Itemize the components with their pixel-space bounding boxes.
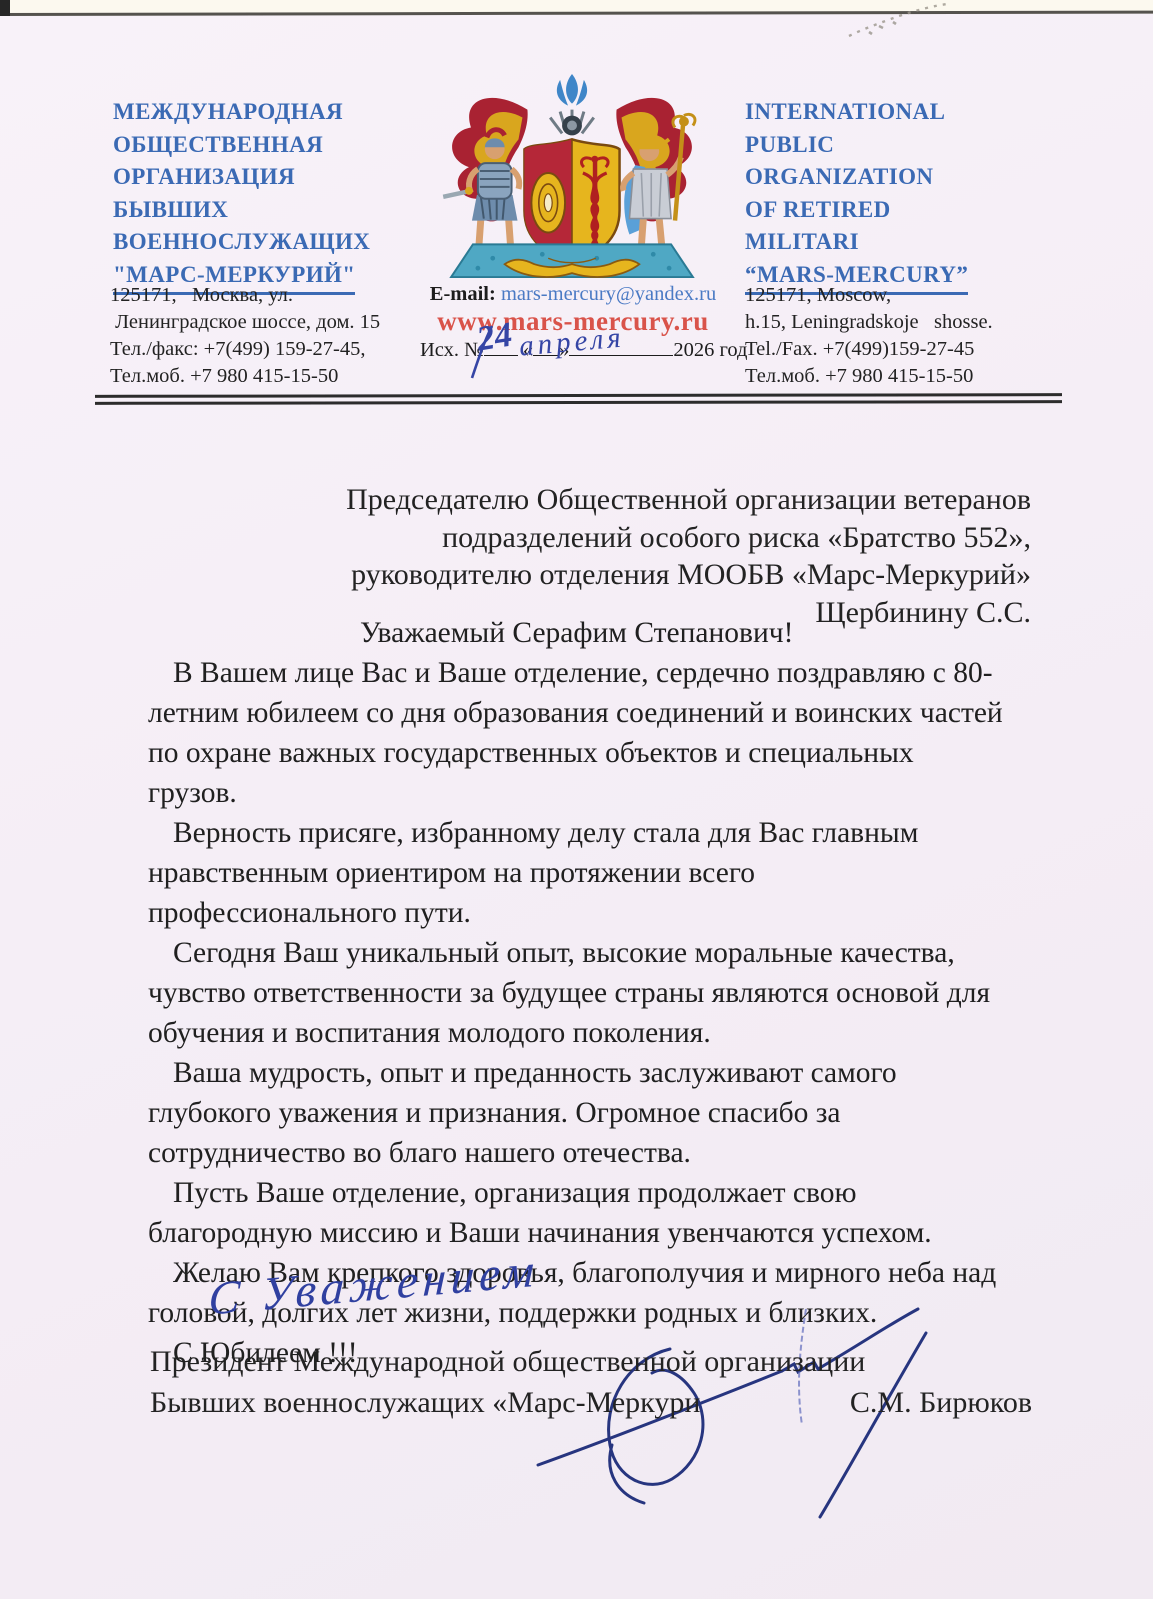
body-line: грузов. (148, 773, 1068, 813)
org-en-lines: INTERNATIONALPUBLICORGANIZATIONOF RETIRE… (745, 96, 1035, 259)
body-line: летним юбилеем со дня образования соедин… (148, 693, 1068, 733)
signature-org-line: Бывших военнослужащих «Марс-Меркури (150, 1382, 700, 1423)
email-label: E-mail: (430, 283, 496, 305)
signatory-name: С.М. Бирюков (850, 1382, 1032, 1423)
scanner-edge-artifact (0, 0, 1153, 16)
body-line: Сегодня Ваш уникальный опыт, высокие мор… (173, 933, 1068, 973)
coat-of-arms-icon (422, 70, 722, 283)
body-line: Ваша мудрость, опыт и преданность заслуж… (173, 1053, 1068, 1093)
email-address: mars-mercury@yandex.ru (501, 283, 716, 305)
body-line: сотрудничество во благо нашего отечества… (148, 1133, 1068, 1173)
org-en-line: MILITARI (745, 226, 1035, 259)
org-ru-line: ОРГАНИЗАЦИЯ (113, 161, 403, 194)
address-ru-line: Тел./факс: +7(499) 159-27-45, (110, 336, 410, 363)
recipient-line: Председателю Общественной организации ве… (271, 481, 1031, 519)
org-en-line: INTERNATIONAL (745, 96, 1035, 129)
org-en-line: ORGANIZATION (745, 161, 1035, 194)
address-en-line: h.15, Leningradskoje shosse. (745, 309, 1045, 336)
body-line: В Вашем лице Вас и Ваше отделение, серде… (173, 653, 1068, 693)
scan-corner-mark (0, 0, 10, 16)
body-line: глубокого уважения и признания. Огромное… (148, 1093, 1068, 1133)
letterhead-org-name-ru: МЕЖДУНАРОДНАЯОБЩЕСТВЕННАЯОРГАНИЗАЦИЯБЫВШ… (113, 96, 403, 295)
recipient-block: Председателю Общественной организации ве… (271, 481, 1031, 631)
body-line: нравственным ориентиром на протяжении вс… (148, 853, 1068, 893)
handwritten-ink-stroke (470, 324, 496, 380)
address-ru-line: Ленинградское шоссе, дом. 15 (110, 309, 410, 336)
address-ru-line: Тел.моб. +7 980 415-15-50 (110, 363, 410, 390)
body-line: Верность присяге, избранному делу стала … (173, 813, 1068, 853)
address-en-line: 125171, Moscow, (745, 282, 1045, 309)
org-en-line: OF RETIRED (745, 194, 1035, 227)
address-en-line: Tel./Fax. +7(499)159-27-45 (745, 336, 1045, 363)
body-line: чувство ответственности за будущее стран… (148, 973, 1068, 1013)
letterhead-address-ru: 125171, Москва, ул. Ленинградское шоссе,… (110, 282, 410, 390)
pencil-scribble-mark (835, 2, 955, 46)
org-en-line: PUBLIC (745, 129, 1035, 162)
org-ru-line: МЕЖДУНАРОДНАЯ (113, 96, 403, 129)
letterhead-address-en: 125171, Moscow,h.15, Leningradskoje shos… (745, 282, 1045, 390)
body-line: обучения и воспитания молодого поколения… (148, 1013, 1068, 1053)
org-ru-line: ОБЩЕСТВЕННАЯ (113, 129, 403, 162)
address-ru-line: 125171, Москва, ул. (110, 282, 410, 309)
org-ru-lines: МЕЖДУНАРОДНАЯОБЩЕСТВЕННАЯОРГАНИЗАЦИЯБЫВШ… (113, 96, 403, 259)
scanned-letter-page: МЕЖДУНАРОДНАЯОБЩЕСТВЕННАЯОРГАНИЗАЦИЯБЫВШ… (0, 0, 1153, 1599)
letterhead-org-name-en: INTERNATIONALPUBLICORGANIZATIONOF RETIRE… (745, 96, 1035, 295)
body-line: Пусть Ваше отделение, организация продол… (173, 1173, 1068, 1213)
letter-body: Уважаемый Серафим Степанович!В Вашем лиц… (148, 613, 1068, 1373)
signature-block: Президент Международной общественной орг… (150, 1341, 1032, 1423)
body-line: профессионального пути. (148, 893, 1068, 933)
org-ru-line: ВОЕННОСЛУЖАЩИХ (113, 226, 403, 259)
org-ru-line: БЫВШИХ (113, 194, 403, 227)
ref-suffix: 2026 год (673, 339, 747, 361)
body-line: благородную миссию и Ваши начинания увен… (148, 1213, 1068, 1253)
address-en-line: Тел.моб. +7 980 415-15-50 (745, 363, 1045, 390)
body-line: Уважаемый Серафим Степанович! (360, 613, 1068, 653)
email-line: E-mail: mars-mercury@yandex.ru (408, 283, 738, 306)
recipient-line: руководителю отделения МООБВ «Марс-Мерку… (271, 556, 1031, 594)
body-line: по охране важных государственных объекто… (148, 733, 1068, 773)
signature-title-line: Президент Международной общественной орг… (150, 1341, 1032, 1382)
recipient-line: подразделений особого риска «Братство 55… (271, 519, 1031, 557)
letterhead-divider-rule (95, 393, 1062, 405)
